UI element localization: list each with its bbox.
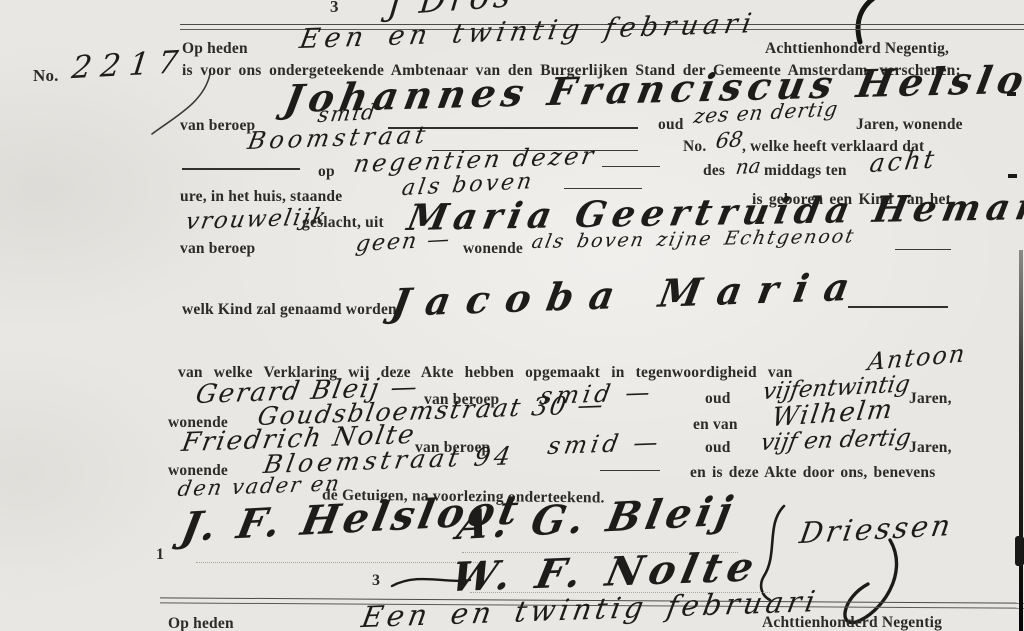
filler-dash: [564, 188, 642, 189]
scan-edge-artifact: [1019, 250, 1023, 631]
hw-witness2-age: vijf en dertig: [759, 425, 913, 456]
printed-ure-huis: ure, in het huis, staande: [180, 188, 342, 206]
printed-closing-1: en is deze Akte door ons, benevens: [690, 464, 935, 482]
hw-birth-hour: acht: [868, 144, 939, 178]
filler-dash: [182, 168, 300, 170]
printed-op-heden: Op heden: [182, 40, 248, 58]
birth-certificate-scan: 3 J Dros No. 2217 Op heden Een en twinti…: [0, 0, 1024, 631]
hw-child-name: Jacoba Maria: [388, 263, 869, 325]
printed-no-label: No.: [683, 138, 706, 156]
scan-artifact: [1015, 536, 1024, 566]
printed-oud-2: oud: [705, 390, 731, 408]
printed-year: Achttienhonderd Negentig,: [765, 40, 949, 58]
previous-act-page-marker: 3: [330, 0, 339, 17]
printed-jaren-wonende: Jaren, wonende: [856, 116, 963, 134]
printed-wonende-1: wonende: [463, 240, 523, 258]
hw-house-number: 68: [714, 127, 744, 153]
scan-artifact: [1008, 174, 1017, 178]
signature-guideline: [196, 562, 486, 563]
pen-flourish-top: [836, 0, 892, 44]
hw-act-date: Een en twintig februari: [297, 8, 758, 55]
next-act-printed-year: Achttienhonderd Negentig: [762, 614, 942, 631]
printed-jaren-2: Jaren,: [909, 439, 952, 457]
hw-daypart: na: [734, 153, 762, 179]
printed-des: des: [703, 162, 725, 180]
printed-middags-ten: middags ten: [764, 162, 847, 180]
hw-mother-residence: als boven zijne Echtgenoot: [530, 225, 857, 253]
printed-van-beroep-1: van beroep: [180, 117, 255, 135]
printed-oud-3: oud: [705, 439, 731, 457]
next-act-op-heden: Op heden: [168, 615, 234, 631]
filler-dash: [895, 249, 951, 250]
witness2-signature-marker: 3: [372, 572, 380, 590]
father-signature-marker: 1: [156, 546, 164, 564]
printed-van-beroep-2: van beroep: [180, 240, 255, 258]
filler-dash: [600, 470, 660, 471]
printed-oud-1: oud: [658, 116, 684, 134]
act-number-label: No.: [33, 66, 59, 86]
printed-child-naming: welk Kind zal genaamd worden: [182, 301, 397, 319]
printed-jaren-1: Jaren,: [909, 390, 952, 408]
scan-artifact: [1007, 92, 1016, 96]
hw-witness2-occupation: smid —: [546, 428, 665, 460]
filler-dash: [602, 166, 660, 167]
printed-geslacht-uit: geslacht, uit: [302, 214, 384, 232]
hw-mother-occupation: geen —: [354, 227, 453, 257]
printed-op: op: [318, 163, 335, 181]
hw-witness1-firstname: Antoon: [866, 339, 968, 376]
printed-en-van: en van: [693, 416, 738, 434]
filler-dash: [848, 306, 948, 308]
